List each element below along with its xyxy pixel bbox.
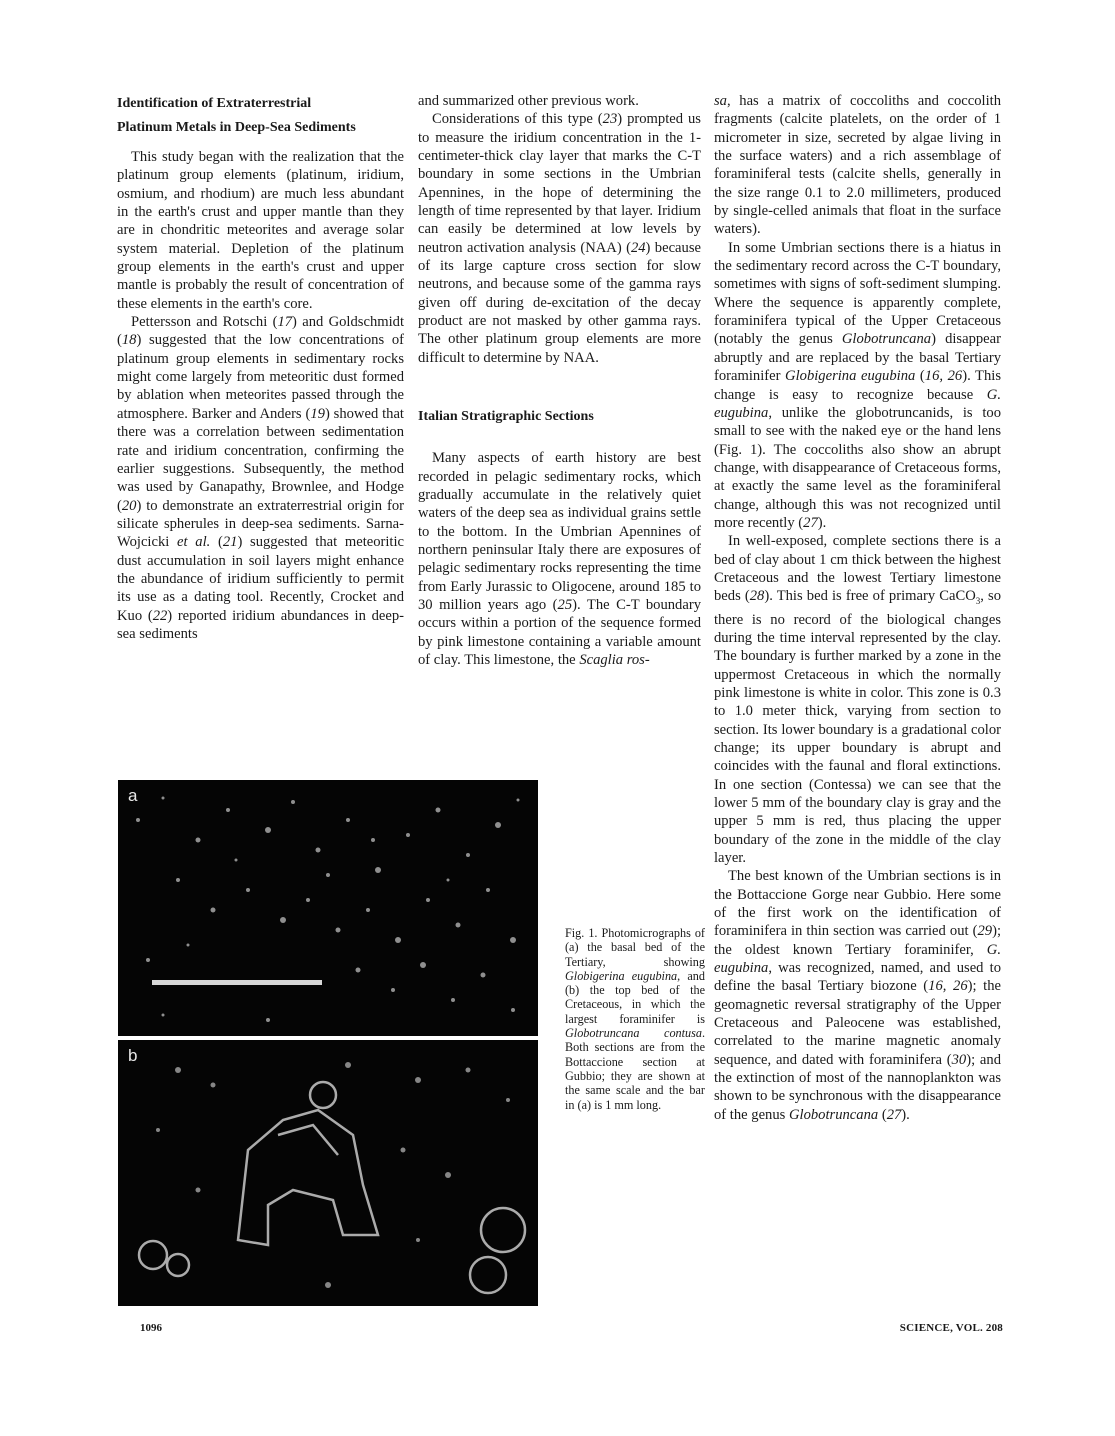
reference: 24 [631,240,646,256]
section-heading-extraterrestrial: Identification of Extraterrestrial Plati… [117,92,404,140]
paragraph: Considerations of this type (23) prompte… [418,110,701,367]
reference: 25 [558,597,573,613]
photomicrograph-panel-a: a [118,780,538,1036]
figure-caption: Fig. 1. Photomicrographs of (a) the basa… [565,926,705,1112]
reference: 27 [803,515,818,531]
reference: 20 [122,498,137,514]
panel-label-b: b [128,1046,137,1066]
section-heading-italian: Italian Stratigraphic Sections [418,405,701,429]
column-1: Identification of Extraterrestrial Plati… [117,92,404,643]
paragraph: In some Umbrian sections there is a hiat… [714,239,1001,533]
paragraph: This study began with the realization th… [117,148,404,313]
paragraph: In well-exposed, complete sections there… [714,532,1001,867]
journal-volume: SCIENCE, VOL. 208 [900,1322,1003,1334]
paragraph: sa, has a matrix of coccoliths and cocco… [714,92,1001,239]
paragraph: Many aspects of earth history are best r… [418,449,701,669]
panel-label-a: a [128,786,137,806]
scale-bar-1mm [152,980,322,985]
figure-1-photomicrographs: a b [118,780,538,1306]
reference: 19 [310,406,325,422]
reference: 18 [122,332,137,348]
reference: 30 [952,1052,967,1068]
column-3: sa, has a matrix of coccoliths and cocco… [714,92,1001,1124]
reference: 27 [887,1107,902,1123]
reference: 17 [277,314,292,330]
reference: 28 [750,588,765,604]
heading-line-2: Platinum Metals in Deep-Sea Sediments [117,120,356,135]
reference: 16, 26 [928,978,967,994]
heading-line-1: Identification of Extraterrestrial [117,96,311,111]
reference: 21 [223,534,238,550]
foraminifer-image [118,1040,538,1306]
page-number: 1096 [140,1322,162,1334]
reference: 22 [153,608,168,624]
microfossil-speckle-image [118,780,538,1036]
paragraph: Pettersson and Rotschi (17) and Goldschm… [117,313,404,643]
reference: 16, 26 [925,368,962,384]
photomicrograph-panel-b: b [118,1040,538,1306]
column-2: and summarized other previous work. Cons… [418,92,701,669]
paragraph: and summarized other previous work. [418,92,701,110]
reference: 23 [603,111,618,127]
paragraph: The best known of the Umbrian sections i… [714,867,1001,1124]
reference: 29 [977,923,992,939]
